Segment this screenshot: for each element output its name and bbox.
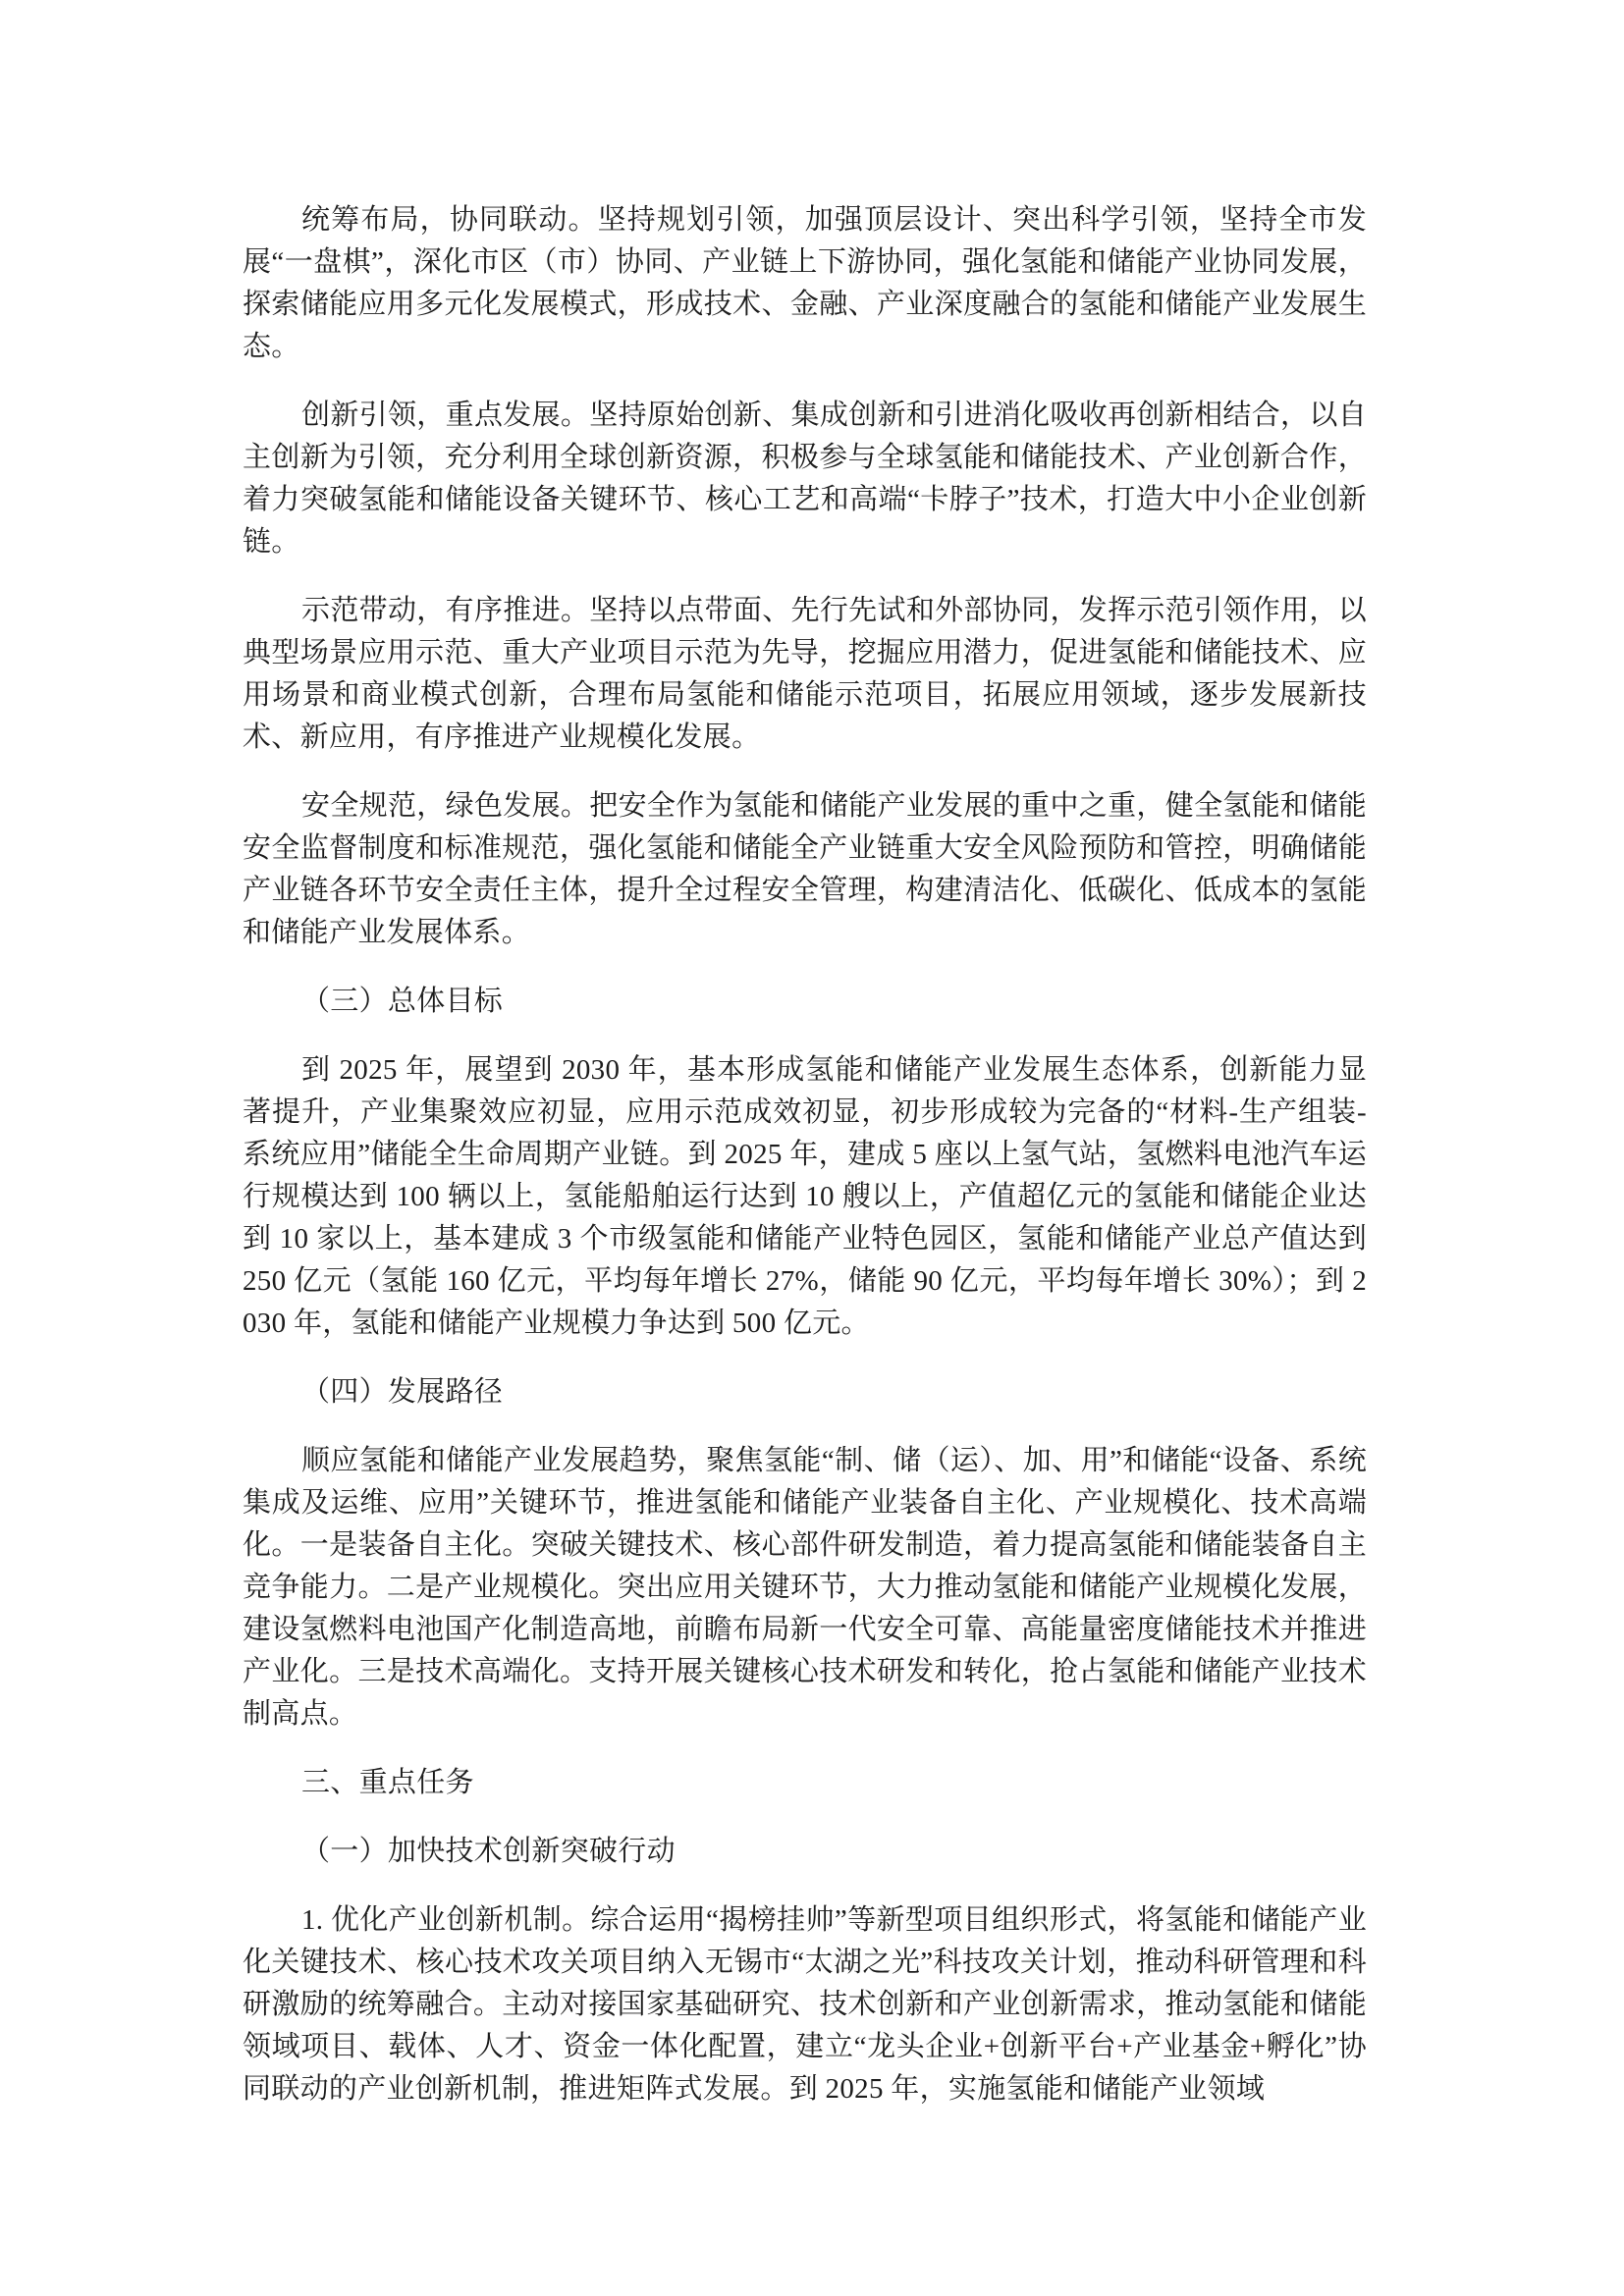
paragraph-overall-goals: 到 2025 年，展望到 2030 年，基本形成氢能和储能产业发展生态体系，创新… [243, 1049, 1367, 1345]
document-text-block: 统筹布局，协同联动。坚持规划引领，加强顶层设计、突出科学引领，坚持全市发展“一盘… [243, 199, 1367, 2110]
section-heading-overall-goals: （三）总体目标 [243, 981, 1367, 1023]
document-page: 统筹布局，协同联动。坚持规划引领，加强顶层设计、突出科学引领，坚持全市发展“一盘… [0, 0, 1624, 2296]
section-heading-key-tasks: 三、重点任务 [243, 1762, 1367, 1804]
paragraph-task-innovation-mechanism: 1. 优化产业创新机制。综合运用“揭榜挂帅”等新型项目组织形式，将氢能和储能产业… [243, 1899, 1367, 2110]
paragraph-principle-coordination: 统筹布局，协同联动。坚持规划引领，加强顶层设计、突出科学引领，坚持全市发展“一盘… [243, 199, 1367, 368]
section-heading-tech-innovation-action: （一）加快技术创新突破行动 [243, 1831, 1367, 1873]
paragraph-development-path: 顺应氢能和储能产业发展趋势，聚焦氢能“制、储（运）、加、用”和储能“设备、系统集… [243, 1440, 1367, 1735]
section-heading-development-path: （四）发展路径 [243, 1371, 1367, 1414]
paragraph-principle-innovation: 创新引领，重点发展。坚持原始创新、集成创新和引进消化吸收再创新相结合，以自主创新… [243, 395, 1367, 563]
paragraph-principle-safety: 安全规范，绿色发展。把安全作为氢能和储能产业发展的重中之重，健全氢能和储能安全监… [243, 785, 1367, 954]
paragraph-principle-demonstration: 示范带动，有序推进。坚持以点带面、先行先试和外部协同，发挥示范引领作用，以典型场… [243, 590, 1367, 759]
